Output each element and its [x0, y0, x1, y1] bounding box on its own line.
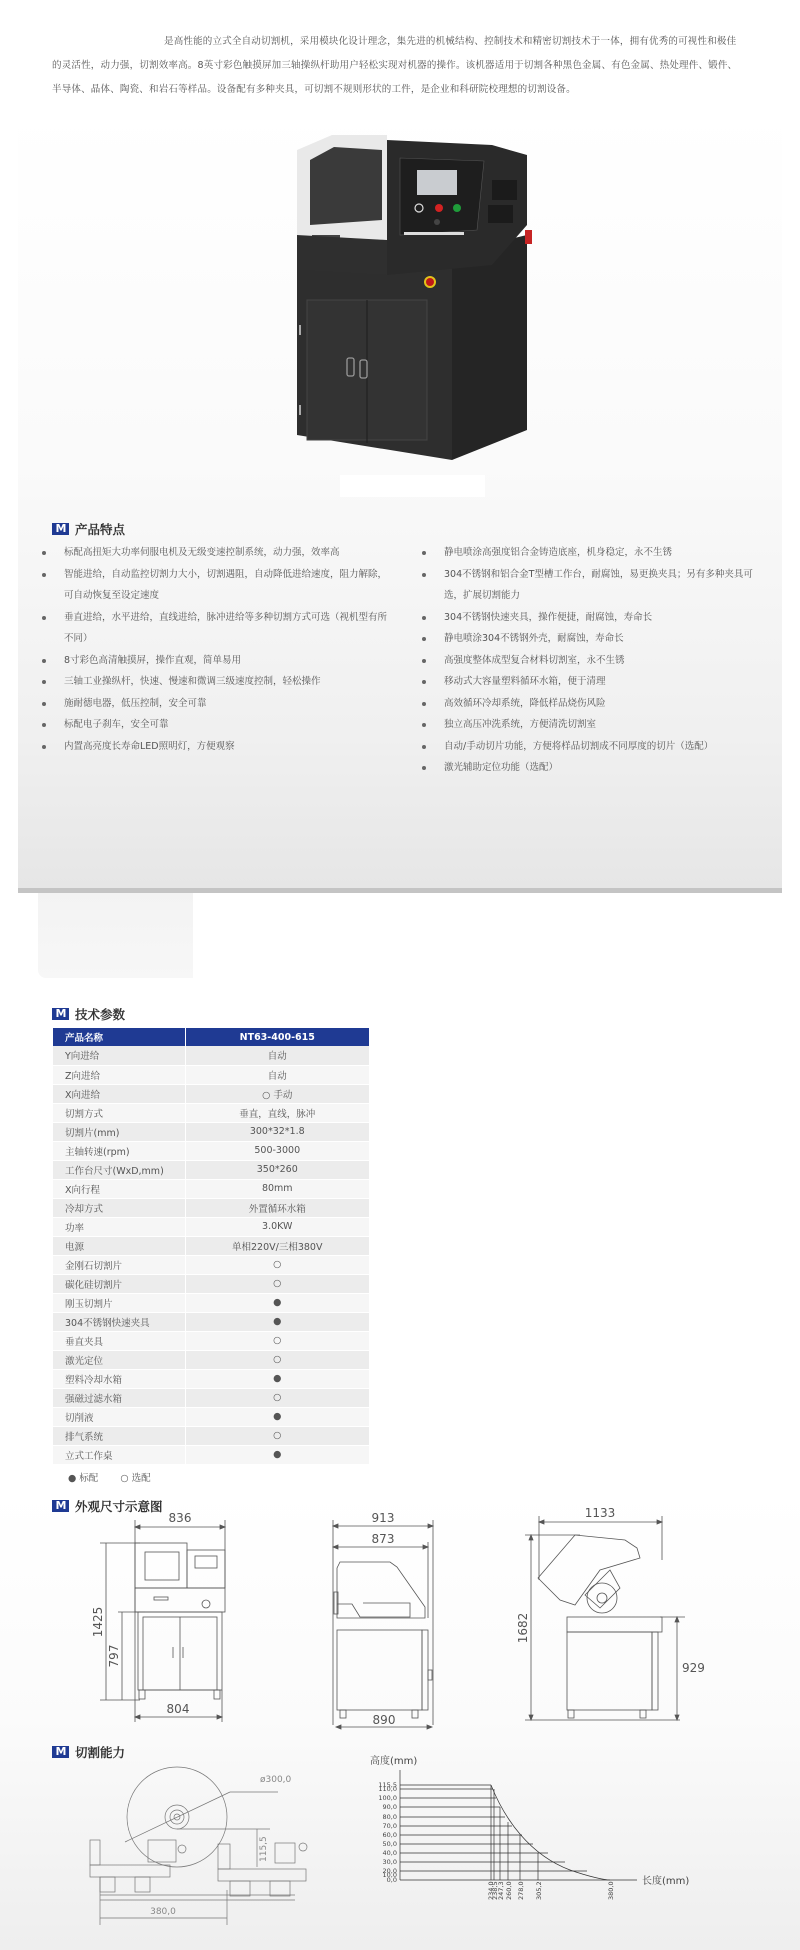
header-cell: 产品名称 [53, 1028, 185, 1046]
svg-text:247,3: 247,3 [497, 1881, 505, 1900]
param-value: 外置循环水箱 [185, 1198, 370, 1217]
param-value: ○ [185, 1388, 370, 1407]
dim-open-height-total: 1682 [516, 1613, 530, 1644]
svg-text:30,0: 30,0 [383, 1858, 397, 1866]
dim-front-width-bottom: 804 [167, 1702, 190, 1716]
legend-standard: ● 标配 [68, 1470, 98, 1484]
dim-side-width-outer: 913 [372, 1511, 395, 1525]
specs-title: 技术参数 [75, 1005, 125, 1023]
feature-item: 施耐德电器，低压控制，安全可靠 [40, 693, 390, 715]
svg-text:0,0: 0,0 [387, 1876, 397, 1884]
features-title: 产品特点 [75, 520, 125, 538]
table-row: Z向进给自动 [53, 1065, 370, 1084]
param-name: 垂直夹具 [53, 1331, 185, 1350]
table-row: 304不锈钢快速夹具● [53, 1312, 370, 1331]
table-header-row: 产品名称 NT63-400-615 [53, 1028, 370, 1046]
table-row: 电源单相220V/三相380V [53, 1236, 370, 1255]
chart-y-label: 高度(mm) [370, 1754, 417, 1767]
param-name: 工作台尺寸(WxD,mm) [53, 1160, 185, 1179]
machine-image [292, 125, 532, 465]
param-value: ● [185, 1369, 370, 1388]
param-name: 强磁过滤水箱 [53, 1388, 185, 1407]
param-value: 垂直，直线，脉冲 [185, 1103, 370, 1122]
dim-front-width-top: 836 [169, 1511, 192, 1525]
table-row: 功率3.0KW [53, 1217, 370, 1236]
table-row: 垂直夹具○ [53, 1331, 370, 1350]
param-value: 80mm [185, 1179, 370, 1198]
param-value: ● [185, 1293, 370, 1312]
param-value: ● [185, 1407, 370, 1426]
param-name: 电源 [53, 1236, 185, 1255]
svg-text:50,0: 50,0 [383, 1840, 397, 1848]
param-name: 304不锈钢快速夹具 [53, 1312, 185, 1331]
table-row: 金刚石切割片○ [53, 1255, 370, 1274]
feature-item: 自动/手动切片功能，方便将样品切割成不同厚度的切片（选配） [420, 736, 760, 758]
feature-item: 独立高压冲洗系统，方便清洗切割室 [420, 714, 760, 736]
features-list-left: 标配高扭矩大功率伺服电机及无级变速控制系统，动力强，效率高 智能进给，自动监控切… [40, 542, 390, 757]
svg-text:110,0: 110,0 [378, 1785, 397, 1793]
param-name: 金刚石切割片 [53, 1255, 185, 1274]
param-value: 3.0KW [185, 1217, 370, 1236]
param-name: Y向进给 [53, 1046, 185, 1065]
table-row: X向行程80mm [53, 1179, 370, 1198]
feature-item: 内置高亮度长寿命LED照明灯，方便观察 [40, 736, 390, 758]
param-value: 350*260 [185, 1160, 370, 1179]
param-value: ○ [185, 1331, 370, 1350]
feature-item: 三轴工业操纵杆，快速、慢速和微调三级速度控制，轻松操作 [40, 671, 390, 693]
brand-logo-icon: M [52, 523, 69, 535]
legend-optional: ○ 选配 [120, 1470, 150, 1484]
intro-paragraph: 是高性能的立式全自动切割机，采用模块化设计理念，集先进的机械结构、控制技术和精密… [52, 30, 744, 102]
param-name: Z向进给 [53, 1065, 185, 1084]
feature-item: 304不锈钢和铝合金T型槽工作台，耐腐蚀，易更换夹具；另有多种夹具可选，扩展切割… [420, 564, 760, 607]
svg-text:100,0: 100,0 [378, 1794, 397, 1802]
table-row: 排气系统○ [53, 1426, 370, 1445]
table-row: 塑料冷却水箱● [53, 1369, 370, 1388]
table-row: 立式工作桌● [53, 1445, 370, 1464]
specs-heading: M 技术参数 [52, 1005, 125, 1023]
table-row: 刚玉切割片● [53, 1293, 370, 1312]
table-row: 碳化硅切割片○ [53, 1274, 370, 1293]
param-name: 立式工作桌 [53, 1445, 185, 1464]
intro-text: 是高性能的立式全自动切割机，采用模块化设计理念，集先进的机械结构、控制技术和精密… [52, 30, 744, 102]
table-row: X向进给○ 手动 [53, 1084, 370, 1103]
dimension-drawings: 836 804 1425 797 913 873 890 1133 1682 9… [0, 1500, 800, 1740]
table-row: 切削液● [53, 1407, 370, 1426]
param-value: ○ [185, 1350, 370, 1369]
param-value: 自动 [185, 1046, 370, 1065]
svg-text:70,0: 70,0 [383, 1822, 397, 1830]
features-heading: M 产品特点 [52, 520, 125, 538]
param-name: 碳化硅切割片 [53, 1274, 185, 1293]
svg-text:380,0: 380,0 [607, 1881, 615, 1900]
param-value: ● [185, 1445, 370, 1464]
feature-item: 垂直进给，水平进给，直线进给，脉冲进给等多种切割方式可选（视机型有所不同） [40, 607, 390, 650]
feature-item: 8寸彩色高清触摸屏，操作直观，简单易用 [40, 650, 390, 672]
param-name: 冷却方式 [53, 1198, 185, 1217]
cut-height-label: 115,5 [259, 1836, 269, 1862]
feature-item: 高强度整体成型复合材料切割室，永不生锈 [420, 650, 760, 672]
param-value: 500-3000 [185, 1141, 370, 1160]
param-value: ○ 手动 [185, 1084, 370, 1103]
feature-item: 标配高扭矩大功率伺服电机及无级变速控制系统，动力强，效率高 [40, 542, 390, 564]
chart-x-label: 长度(mm) [642, 1874, 689, 1887]
feature-item: 高效循环冷却系统，降低样品烧伤风险 [420, 693, 760, 715]
param-value: 300*32*1.8 [185, 1122, 370, 1141]
svg-text:278,0: 278,0 [517, 1881, 525, 1900]
capacity-drawing: ø300,0 115,5 380,0 [80, 1750, 340, 1925]
param-name: X向进给 [53, 1084, 185, 1103]
feature-item: 304不锈钢快速夹具，操作便捷，耐腐蚀，寿命长 [420, 607, 760, 629]
param-value: 单相220V/三相380V [185, 1236, 370, 1255]
cut-length-label: 380,0 [150, 1907, 176, 1917]
svg-text:60,0: 60,0 [383, 1831, 397, 1839]
param-name: 切削液 [53, 1407, 185, 1426]
param-value: ○ [185, 1426, 370, 1445]
param-value: ○ [185, 1255, 370, 1274]
brand-logo-icon: M [52, 1746, 69, 1758]
table-row: 切割方式垂直，直线，脉冲 [53, 1103, 370, 1122]
dim-front-height-base: 797 [107, 1645, 121, 1668]
feature-item: 静电喷涂高强度铝合金铸造底座，机身稳定，永不生锈 [420, 542, 760, 564]
param-name: 切割片(mm) [53, 1122, 185, 1141]
feature-item: 标配电子刹车，安全可靠 [40, 714, 390, 736]
spec-legend: ● 标配 ○ 选配 [68, 1470, 151, 1484]
dim-open-width: 1133 [585, 1506, 616, 1520]
placeholder-box [38, 893, 193, 978]
feature-item: 智能进给，自动监控切割力大小，切割遇阻，自动降低进给速度，阻力解除，可自动恢复至… [40, 564, 390, 607]
caption-area [340, 475, 485, 497]
table-row: 冷却方式外置循环水箱 [53, 1198, 370, 1217]
table-row: 主轴转速(rpm)500-3000 [53, 1141, 370, 1160]
svg-text:305,2: 305,2 [535, 1881, 543, 1900]
param-name: 刚玉切割片 [53, 1293, 185, 1312]
param-value: ● [185, 1312, 370, 1331]
features-list-right: 静电喷涂高强度铝合金铸造底座，机身稳定，永不生锈 304不锈钢和铝合金T型槽工作… [420, 542, 760, 779]
feature-item: 移动式大容量塑料循环水箱，便于清理 [420, 671, 760, 693]
header-cell: NT63-400-615 [185, 1028, 370, 1046]
dim-open-height-table: 929 [682, 1661, 705, 1675]
param-name: 激光定位 [53, 1350, 185, 1369]
param-name: X向行程 [53, 1179, 185, 1198]
dim-side-width-inner: 873 [372, 1532, 395, 1546]
param-name: 排气系统 [53, 1426, 185, 1445]
svg-text:80,0: 80,0 [383, 1813, 397, 1821]
table-row: 切割片(mm)300*32*1.8 [53, 1122, 370, 1141]
feature-item: 静电喷涂304不锈钢外壳，耐腐蚀，寿命长 [420, 628, 760, 650]
param-name: 切割方式 [53, 1103, 185, 1122]
param-name: 塑料冷却水箱 [53, 1369, 185, 1388]
param-name: 功率 [53, 1217, 185, 1236]
svg-text:90,0: 90,0 [383, 1803, 397, 1811]
brand-logo-icon: M [52, 1008, 69, 1020]
svg-text:40,0: 40,0 [383, 1849, 397, 1857]
table-row: 工作台尺寸(WxD,mm)350*260 [53, 1160, 370, 1179]
capacity-chart: 高度(mm) 长度(mm) 115,5 110,0 100,0 90,0 80,… [365, 1750, 710, 1950]
spec-table: 产品名称 NT63-400-615 Y向进给自动 Z向进给自动 X向进给○ 手动… [53, 1028, 370, 1465]
feature-item: 激光辅助定位功能（选配） [420, 757, 760, 779]
param-value: ○ [185, 1274, 370, 1293]
table-row: 强磁过滤水箱○ [53, 1388, 370, 1407]
param-name: 主轴转速(rpm) [53, 1141, 185, 1160]
table-row: Y向进给自动 [53, 1046, 370, 1065]
table-row: 激光定位○ [53, 1350, 370, 1369]
dim-front-height-total: 1425 [91, 1607, 105, 1638]
param-value: 自动 [185, 1065, 370, 1084]
svg-text:260,0: 260,0 [505, 1881, 513, 1900]
dim-side-width-bottom: 890 [373, 1713, 396, 1727]
blade-diameter-label: ø300,0 [260, 1775, 292, 1785]
